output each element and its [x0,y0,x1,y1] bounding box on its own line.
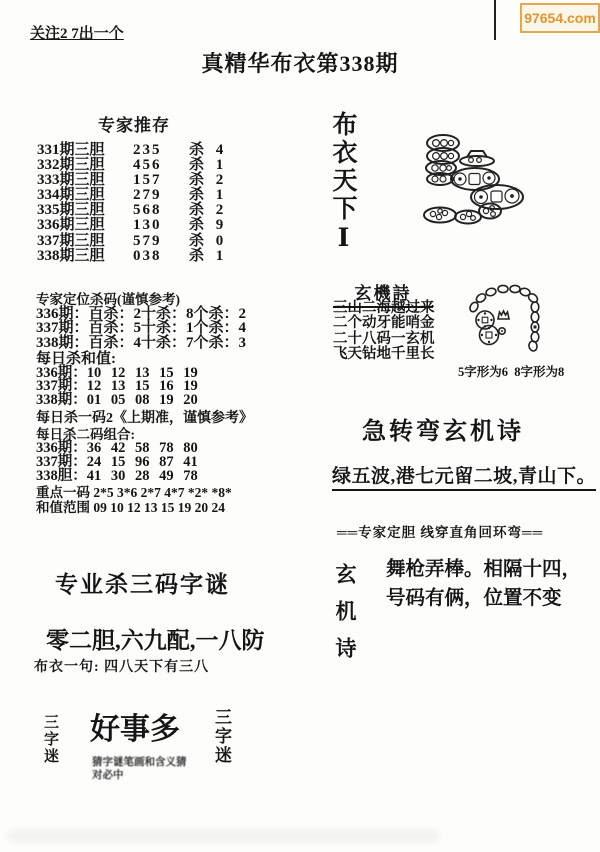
key-one-code: 重点一码 2*5 3*6 2*7 4*7 *2* *8* [36,485,314,500]
turn-poem-title: 急转弯玄机诗 [362,411,524,446]
daily-kill-one-code: 每日杀一码2《上期准，谨慎参考》 [36,411,314,427]
daily-kill-sum-line: 338期：01 05 08 19 20 [36,394,314,408]
period-cell: 332期三胆 [37,158,133,173]
mystery-poem: 三山二海越过来 二个动牙能哨金 二十八码一玄机 飞天钻地千里长 [333,301,435,363]
value-cell: 157 [133,173,189,188]
expert-recommend-title: 专家推存 [98,111,170,136]
coin-figure-main [413,125,563,240]
table-row: 332期三胆 456 杀 1 [37,158,227,173]
value-cell: 130 [133,218,189,233]
value-cell: 456 [133,158,189,173]
poem-line: 二个动牙能哨金 [333,316,435,331]
coin-figure-shape [465,284,565,356]
xuanji-poem-vertical-title: 玄机诗 [330,563,360,674]
value-cell: 279 [133,188,189,203]
value-cell: 579 [133,234,189,249]
focus-note: 关注2 7出一个 [30,22,124,43]
position-kill-line: 338期：百杀：4十杀：7个杀：3 [36,336,314,350]
kill-cell: 杀 0 [189,234,227,249]
xuanji-poem-line: 舞枪弄棒。相隔十四， [386,555,581,584]
three-char-riddle-label-left: 三字迷 [40,714,61,765]
kill-cell: 杀 1 [189,158,227,173]
corner-rule-line [494,0,496,40]
position-kill-title: 专家定位杀码(谨慎参考) [36,292,314,307]
period-cell: 331期三胆 [37,143,133,158]
table-row: 337期三胆 579 杀 0 [37,234,227,249]
riddle-answer: 好事多 [90,704,180,748]
value-cell: 235 [133,143,189,158]
kill-cell: 杀 1 [189,249,227,264]
site-badge[interactable]: 97654.com [520,3,600,33]
kill-cell: 杀 4 [189,143,227,158]
riddle-footnote: 猜字谜笔画和含义猜 对必中 [92,756,187,782]
position-kill-line: 337期：百杀：5十杀：1个杀：4 [36,321,314,335]
shape-note: 5字形为6 8字形为8 [458,362,564,380]
kill-three-riddle-title: 专业杀三码字谜 [55,566,230,599]
page-title: 真精华布衣第338期 [0,47,600,78]
period-cell: 338期三胆 [37,249,133,264]
riddle-main-line: 零二胆,六九配,一八防 [46,622,265,655]
table-row: 338期三胆 038 杀 1 [37,249,227,264]
value-cell: 568 [133,203,189,218]
lottery-tip-sheet: 关注2 7出一个 97654.com 真精华布衣第338期 专家推存 331期三… [0,0,600,852]
period-cell: 337期三胆 [37,234,133,249]
turn-poem-line: 绿五波,港七元留二坡,青山下。 [332,461,596,491]
kill-code-block: 专家定位杀码(谨慎参考) 336期：百杀：2十杀：8个杀：2 337期：百杀：5… [36,292,314,515]
period-cell: 336期三胆 [37,218,133,233]
expert-recommend-table: 331期三胆 235 杀 4 332期三胆 456 杀 1 333期三胆 157… [37,143,227,264]
xuanji-poem-line: 号码有俩，位置不变 [386,584,581,613]
riddle-footnote-line: 对必中 [92,769,187,782]
buyi-sentence: 布衣一句: 四八天下有三八 [34,656,209,676]
daily-kill-two-line: 338胆：41 30 28 49 78 [36,470,314,484]
riddle-footnote-line: 猜字谜笔画和含义猜 [92,756,187,769]
buyi-tianxia-title: 布衣天下Ⅰ [324,111,360,255]
three-char-riddle-label-right: 三字迷 [209,708,234,765]
faint-print-artifact [8,830,438,842]
table-row: 331期三胆 235 杀 4 [37,143,227,158]
table-row: 336期三胆 130 杀 9 [37,218,227,233]
xuanji-poem-text: 舞枪弄棒。相隔十四， 号码有俩，位置不变 [386,555,581,613]
kill-cell: 杀 9 [189,218,227,233]
poem-line: 二十八码一玄机 [333,332,435,347]
expert-dan-divider: ══专家定胆 线穿直角回环弯══ [337,521,543,541]
sum-range: 和值范围 09 10 12 13 15 19 20 24 [36,500,314,515]
poem-line: 飞天钻地千里长 [333,347,435,362]
value-cell: 038 [133,249,189,264]
